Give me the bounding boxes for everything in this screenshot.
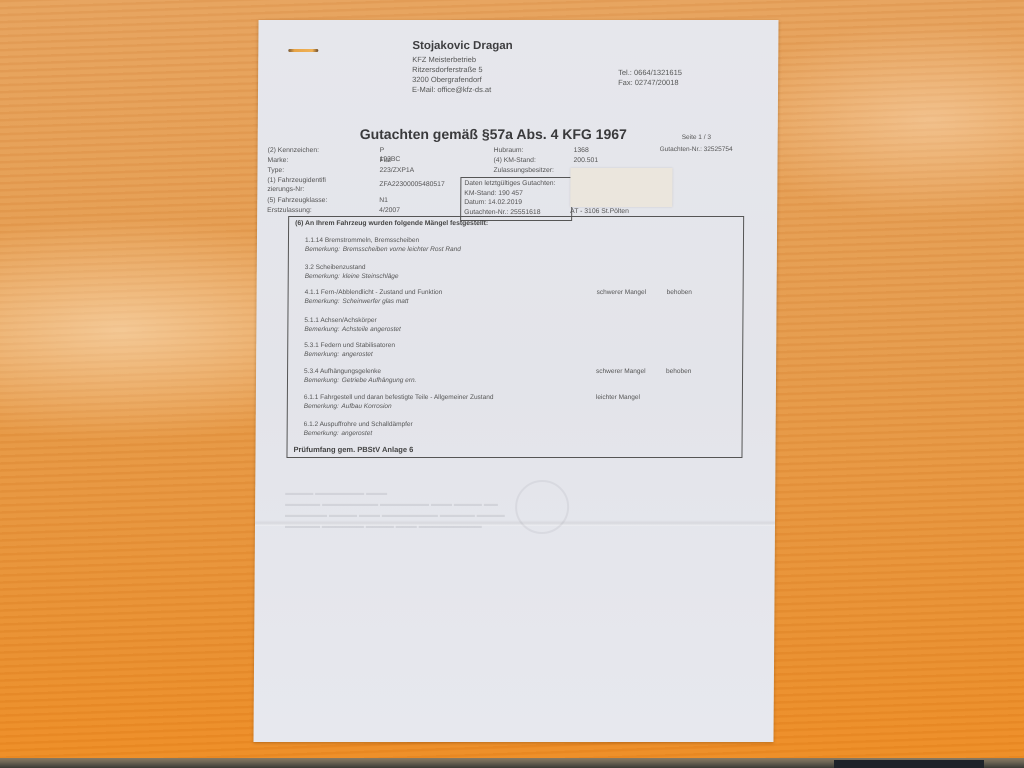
defect-title: 1.1.14 Bremstrommeln, Bremsscheiben [305, 237, 735, 246]
inspection-scope: Prüfumfang gem. PBStV Anlage 6 [293, 445, 413, 454]
table-edge [0, 758, 1024, 768]
defect-remark: Bemerkung: Scheinwerfer glas matt [305, 298, 735, 307]
defect-title: 5.1.1 Achsen/Achskörper [304, 317, 734, 326]
defect-severity: schwerer Mangel [597, 289, 647, 296]
defect-item: 4.1.1 Fern-/Abblendlicht - Zustand und F… [305, 289, 735, 306]
defect-item: 5.3.4 AufhängungsgelenkeBemerkung: Getri… [304, 368, 734, 385]
defect-status: behoben [667, 289, 692, 296]
defect-item: 6.1.1 Fahrgestell und daran befestigte T… [304, 394, 734, 411]
defect-title: 6.1.2 Auspuffrohre und Schalldämpfer [304, 421, 734, 430]
defect-item: 6.1.2 Auspuffrohre und SchalldämpferBeme… [304, 421, 734, 438]
page-number: Seite 1 / 3 [682, 134, 711, 141]
company-tel: Tel.: 0664/1321615 [618, 68, 682, 78]
defect-remark: Bemerkung: Getriebe Aufhängung ern. [304, 377, 734, 386]
company-header: Stojakovic Dragan KFZ Meisterbetrieb Rit… [412, 40, 513, 95]
defect-severity: schwerer Mangel [596, 368, 646, 375]
company-fax: Fax: 02747/20018 [618, 78, 682, 88]
defect-title: 5.3.1 Federn und Stabilisatoren [304, 342, 734, 351]
defect-remark: Bemerkung: kleine Steinschläge [305, 273, 735, 282]
defect-item: 3.2 ScheibenzustandBemerkung: kleine Ste… [305, 264, 735, 281]
company-name: Stojakovic Dragan [412, 40, 512, 52]
owner-location: AT - 3106 St.Pölten [570, 208, 629, 215]
defect-status: behoben [666, 368, 691, 375]
show-through-text: ▬▬▬▬ ▬▬▬▬▬▬▬ ▬▬▬▬▬▬▬▬ ▬▬▬▬▬▬▬▬ ▬▬▬▬▬▬▬ ▬… [285, 488, 505, 532]
defect-remark: Bemerkung: angerostet [304, 351, 734, 360]
defect-item: 1.1.14 Bremstrommeln, BremsscheibenBemer… [305, 237, 735, 254]
company-line: Ritzersdorferstraße 5 [412, 65, 512, 75]
defect-remark: Bemerkung: Aufbau Korrosion [304, 403, 734, 412]
defect-item: 5.1.1 Achsen/AchskörperBemerkung: Achste… [304, 317, 734, 334]
defect-title: 6.1.1 Fahrgestell und daran befestigte T… [304, 394, 734, 403]
report-paper: Stojakovic Dragan KFZ Meisterbetrieb Rit… [253, 20, 778, 742]
staple-icon [288, 49, 318, 52]
company-email: E-Mail: office@kfz-ds.at [412, 85, 512, 95]
previous-report-box: Daten letztgültiges Gutachten: KM-Stand:… [460, 177, 572, 221]
defects-header: (6) An Ihrem Fahrzeug wurden folgende Mä… [295, 220, 488, 227]
company-line: 3200 Obergrafendorf [412, 75, 512, 85]
report-number: Gutachten-Nr.: 32525754 [660, 146, 733, 153]
dark-object [834, 760, 984, 768]
report-title: Gutachten gemäß §57a Abs. 4 KFG 1967 [360, 126, 627, 142]
defect-title: 3.2 Scheibenzustand [305, 264, 735, 273]
redacted-owner-block [570, 168, 672, 207]
company-line: KFZ Meisterbetrieb [412, 55, 512, 65]
show-through-stamp [515, 480, 569, 534]
defect-item: 5.3.1 Federn und StabilisatorenBemerkung… [304, 342, 734, 359]
defects-box: (6) An Ihrem Fahrzeug wurden folgende Mä… [286, 216, 744, 458]
defect-remark: Bemerkung: Bremsscheiben vorne leichter … [305, 246, 735, 255]
defect-remark: Bemerkung: Achsteile angerostet [304, 326, 734, 335]
defect-remark: Bemerkung: angerostet [304, 430, 734, 439]
company-contact: Tel.: 0664/1321615 Fax: 02747/20018 [618, 68, 682, 88]
defect-severity: leichter Mangel [596, 394, 640, 401]
